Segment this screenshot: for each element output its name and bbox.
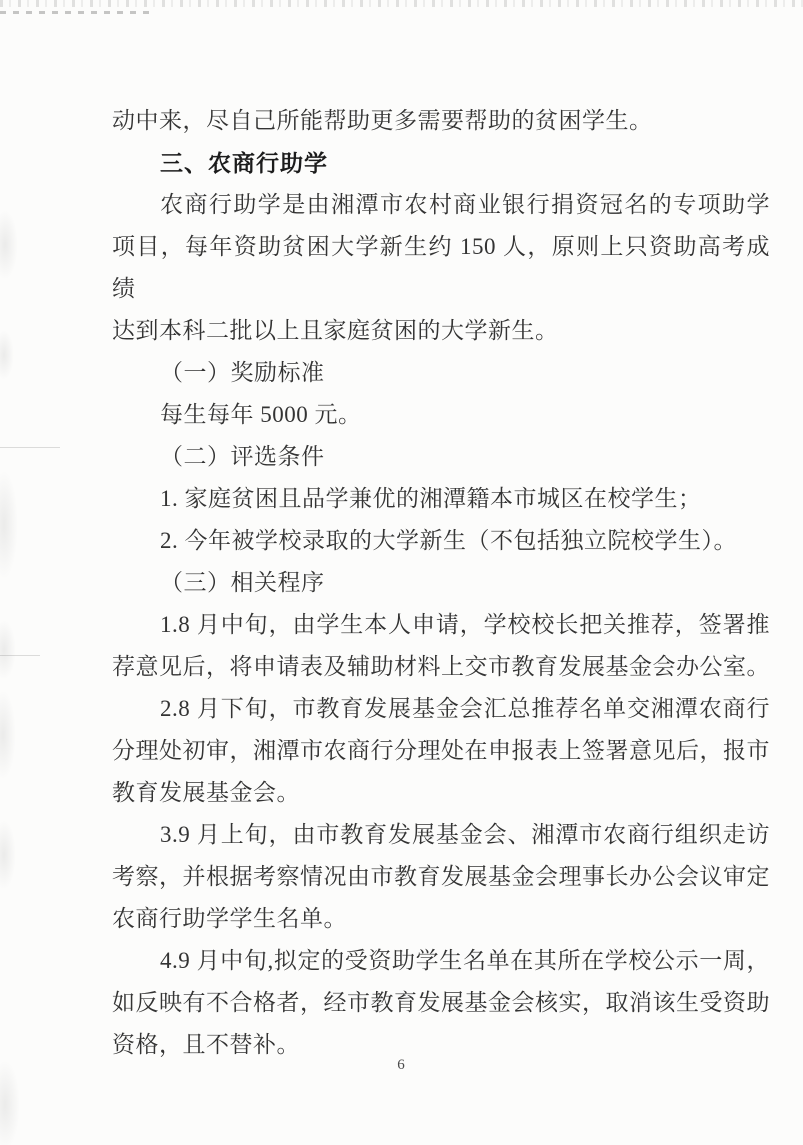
text-line-list-item: 2.8 月下旬，市教育发展基金会汇总推荐名单交湘潭农商行 [112,688,770,730]
text-line-continuation: 动中来，尽自己所能帮助更多需要帮助的贫困学生。 [112,100,770,142]
text-line-subheading: （一）奖励标准 [112,352,770,394]
text-line-list-item: 1. 家庭贫困且品学兼优的湘潭籍本市城区在校学生； [112,478,770,520]
text-line-body: 荐意见后，将申请表及辅助材料上交市教育发展基金会办公室。 [112,646,770,688]
scan-hairline [0,655,40,656]
scan-smudge [0,470,18,580]
text-line-list-item: 3.9 月上旬，由市教育发展基金会、湘潭市农商行组织走访 [112,814,770,856]
text-line-body: 分理处初审，湘潭市农商行分理处在申报表上签署意见后，报市 [112,730,770,772]
scan-hairline [0,447,60,448]
section-heading: 三、农商行助学 [112,142,770,184]
text-line-body: 农商行助学学生名单。 [112,898,770,940]
scan-smudge [0,620,16,680]
scan-noise-top-left [0,11,150,14]
scan-smudge [0,330,14,380]
scan-noise-top-edge [0,0,803,7]
scan-smudge [0,820,16,890]
text-line-body: 农商行助学是由湘潭市农村商业银行捐资冠名的专项助学 [112,184,770,226]
scan-smudge [0,210,18,280]
text-line-body: 每生每年 5000 元。 [112,394,770,436]
text-line-body: 如反映有不合格者，经市教育发展基金会核实，取消该生受资助 [112,982,770,1024]
document-page: 动中来，尽自己所能帮助更多需要帮助的贫困学生。三、农商行助学农商行助学是由湘潭市… [0,0,803,1145]
text-line-subheading: （二）评选条件 [112,436,770,478]
scan-smudge [0,690,16,780]
text-line-subheading: （三）相关程序 [112,562,770,604]
text-line-list-item: 1.8 月中旬，由学生本人申请，学校校长把关推荐，签署推 [112,604,770,646]
page-number: 6 [0,1057,803,1074]
text-line-body: 教育发展基金会。 [112,772,770,814]
text-line-list-item: 2. 今年被学校录取的大学新生（不包括独立院校学生）。 [112,520,770,562]
text-line-body: 考察，并根据考察情况由市教育发展基金会理事长办公会议审定 [112,856,770,898]
text-line-body: 达到本科二批以上且家庭贫困的大学新生。 [112,310,770,352]
document-body: 动中来，尽自己所能帮助更多需要帮助的贫困学生。三、农商行助学农商行助学是由湘潭市… [112,100,770,1066]
text-line-list-item: 4.9 月中旬,拟定的受资助学生名单在其所在学校公示一周， [112,940,770,982]
text-line-body: 项目，每年资助贫困大学新生约 150 人，原则上只资助高考成绩 [112,226,770,310]
